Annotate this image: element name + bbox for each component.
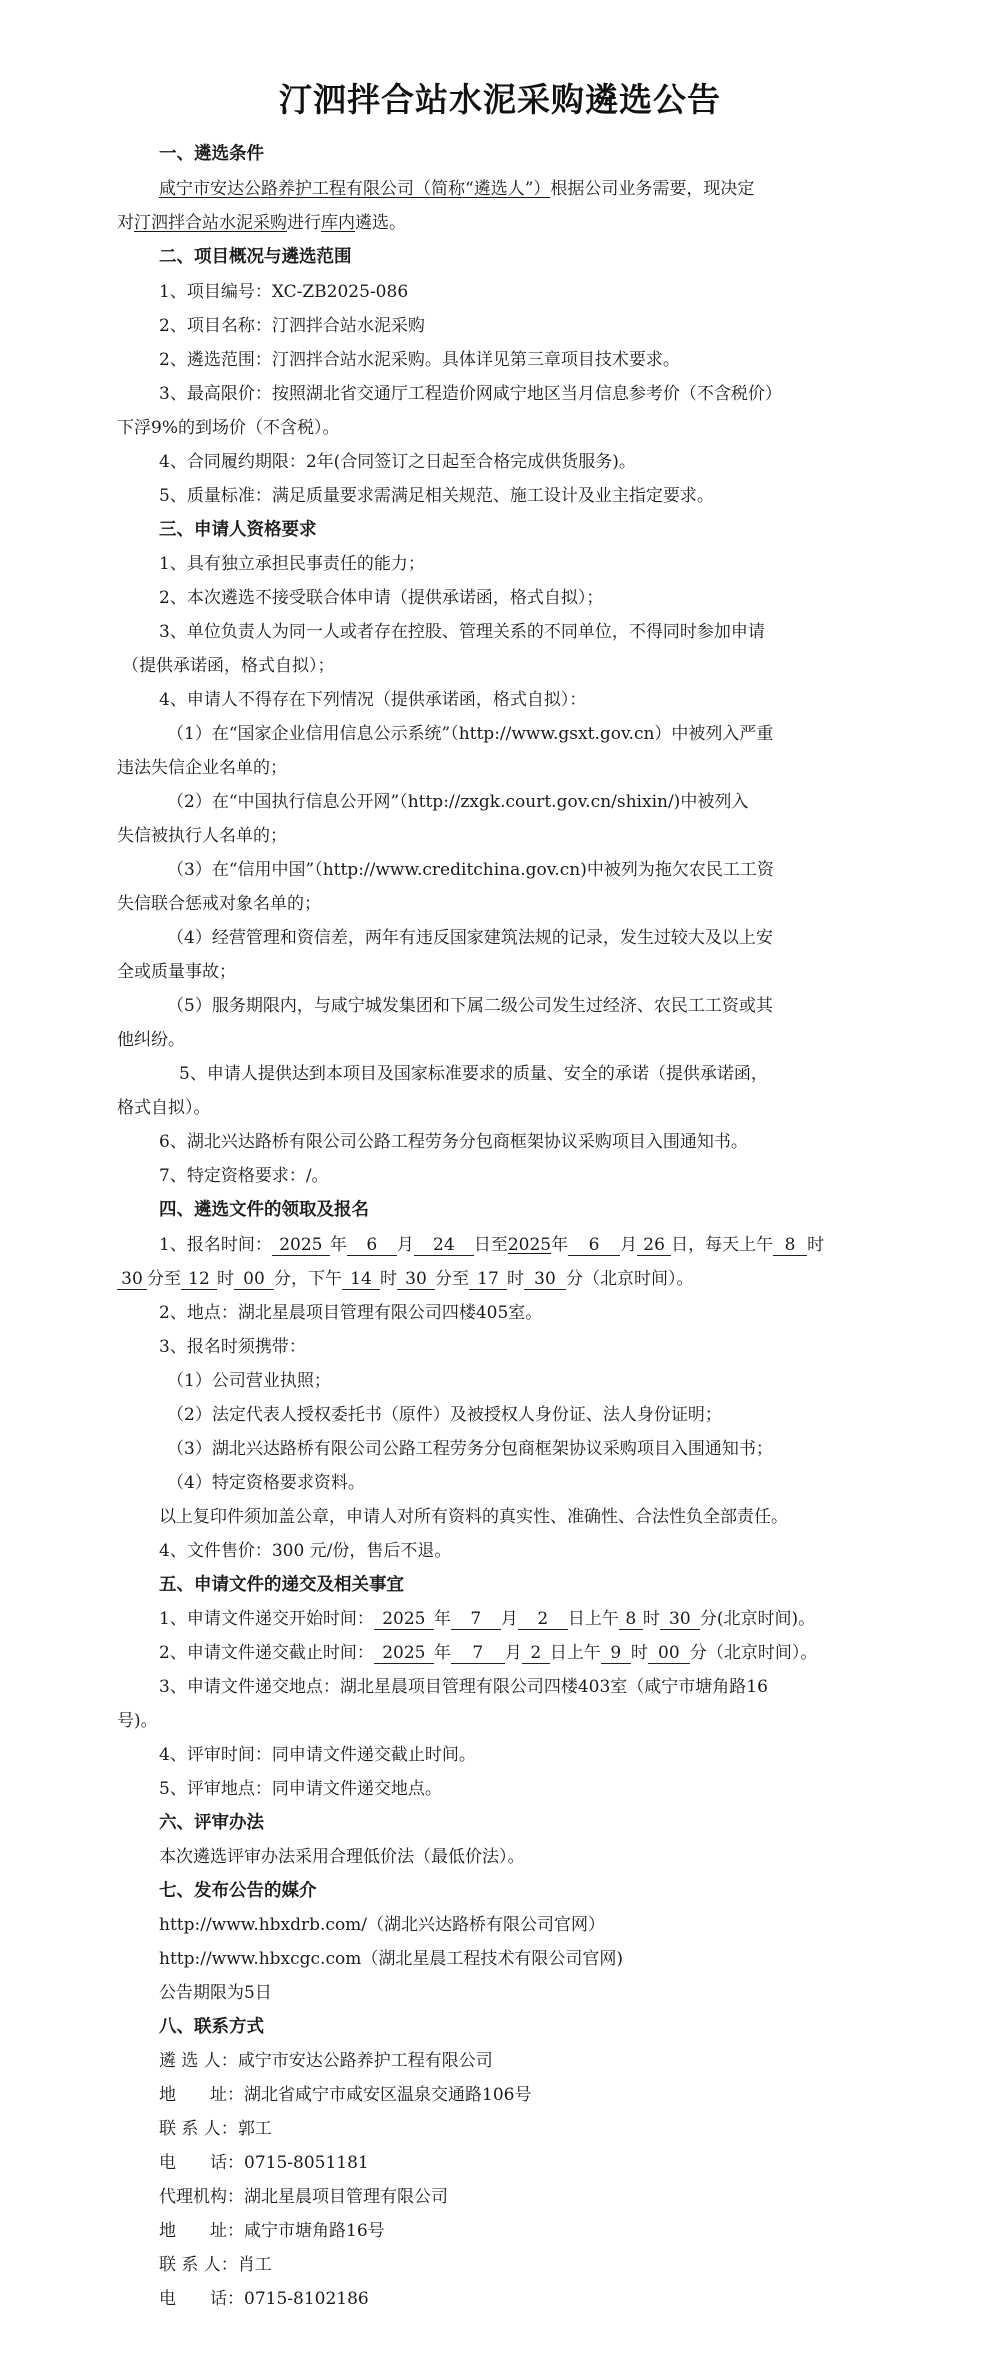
registration-time-line2: 30分至12时00分，下午14时30分至17时30分（北京时间）。 — [117, 1268, 897, 1290]
submit-start-minute: 30 — [660, 1610, 700, 1630]
deadline-month: 7 — [451, 1644, 505, 1664]
qualification-subitem-cont: 失信联合惩戒对象名单的； — [117, 893, 897, 915]
required-doc-item: （3）湖北兴达路桥有限公司公路工程劳务分包商框架协议采购项目入围通知书； — [167, 1438, 947, 1460]
contact-label: 联 系 人： — [159, 2255, 238, 2275]
label: 1、报名时间： — [159, 1235, 272, 1255]
contact-value: 湖北省咸宁市咸安区温泉交通路106号 — [244, 2085, 531, 2105]
contact-phone: 0715-8051181 — [244, 2153, 369, 2173]
qualification-item: 3、单位负责人为同一人或者存在控股、管理关系的不同单位，不得同时参加申请 — [159, 621, 939, 643]
project-number: 1、项目编号：XC-ZB2025-086 — [159, 281, 939, 303]
qualification-subitem: （5）服务期限内，与咸宁城发集团和下属二级公司发生过经济、农民工工资或其 — [167, 995, 947, 1017]
announcement-page: 汀泗拌合站水泥采购遴选公告 一、遴选条件 咸宁市安达公路养护工程有限公司（简称“… — [0, 0, 1000, 2365]
unit: 时 — [217, 1269, 234, 1289]
submission-start-time: 1、申请文件递交开始时间：2025年7月2日上午8时30分(北京时间)。 — [159, 1608, 939, 1630]
tenderer-name: 咸宁市安达公路养护工程有限公司（简称“遴选人”） — [159, 179, 550, 199]
required-docs-label: 3、报名时须携带： — [159, 1336, 939, 1358]
qualification-item: 7、特定资格要求：/。 — [159, 1165, 939, 1187]
deadline-hour: 9 — [601, 1644, 631, 1664]
qualification-item-cont: （提供承诺函，格式自拟）； — [122, 655, 902, 677]
unit: 时 — [807, 1235, 824, 1255]
copies-note: 以上复印件须加盖公章，申请人对所有资料的真实性、准确性、合法性负全部责任。 — [159, 1506, 939, 1528]
unit: 时 — [507, 1269, 524, 1289]
qualification-subitem-cont: 全或质量事故； — [117, 961, 897, 983]
unit: 时 — [631, 1643, 648, 1663]
contact-row: 电 话：0715-8102186 — [159, 2288, 939, 2310]
sec1-para-line2: 对汀泗拌合站水泥采购进行库内遴选。 — [117, 212, 897, 234]
section-8-heading: 八、联系方式 — [159, 2016, 939, 2038]
sec1-text: 进行 — [287, 213, 321, 233]
submit-start-hour: 8 — [619, 1610, 643, 1630]
unit: 分（北京时间）。 — [566, 1269, 694, 1289]
reg-end-year: 2025 — [508, 1235, 551, 1255]
contact-row: 联 系 人：郭工 — [159, 2118, 939, 2140]
qualification-subitem-cont: 他纠纷。 — [117, 1029, 897, 1051]
pm-start-minute: 30 — [397, 1270, 435, 1290]
section-7-heading: 七、发布公告的媒介 — [159, 1880, 939, 1902]
section-4-heading: 四、遴选文件的领取及报名 — [159, 1199, 939, 1221]
unit: 分至 — [435, 1269, 469, 1289]
contact-label: 地 址： — [159, 2221, 244, 2241]
contact-label: 电 话： — [159, 2153, 244, 2173]
unit: 年 — [434, 1609, 451, 1629]
selection-scope-item: 2、遴选范围：汀泗拌合站水泥采购。具体详见第三章项目技术要求。 — [159, 349, 939, 371]
required-doc-item: （1）公司营业执照； — [167, 1370, 947, 1392]
contact-row: 地 址：湖北省咸宁市咸安区温泉交通路106号 — [159, 2084, 939, 2106]
deadline-year: 2025 — [374, 1644, 434, 1664]
reg-end-month: 6 — [568, 1236, 620, 1256]
reg-start-year: 2025 — [272, 1236, 330, 1256]
qualification-subitem: （4）经营管理和资信差，两年有违反国家建筑法规的记录，发生过较大及以上安 — [167, 927, 947, 949]
qualification-subitem-cont: 违法失信企业名单的； — [117, 757, 897, 779]
am-start-minute: 30 — [117, 1270, 147, 1290]
contact-value: 肖工 — [238, 2255, 272, 2275]
sec1-text: 根据公司业务需要，现决定 — [550, 179, 754, 199]
section-3-heading: 三、申请人资格要求 — [159, 519, 939, 541]
media-link[interactable]: http://www.hbxdrb.com/（湖北兴达路桥有限公司官网） — [159, 1914, 939, 1936]
contact-row: 遴 选 人：咸宁市安达公路养护工程有限公司 — [159, 2050, 939, 2072]
unit: 年 — [330, 1235, 347, 1255]
unit: 月 — [501, 1609, 518, 1629]
contact-row: 联 系 人：肖工 — [159, 2254, 939, 2276]
section-5-heading: 五、申请文件的递交及相关事宜 — [159, 1574, 939, 1596]
submission-location: 3、申请文件递交地点：湖北星晨项目管理有限公司四楼403室（咸宁市塘角路16 — [159, 1676, 939, 1698]
pm-start-hour: 14 — [342, 1270, 380, 1290]
required-doc-item: （4）特定资格要求资料。 — [167, 1472, 947, 1494]
am-start-hour: 8 — [773, 1236, 807, 1256]
review-method: 本次遴选评审办法采用合理低价法（最低价法）。 — [159, 1846, 939, 1868]
unit: 月 — [397, 1235, 414, 1255]
contact-row: 地 址：咸宁市塘角路16号 — [159, 2220, 939, 2242]
contact-value: 咸宁市塘角路16号 — [244, 2221, 385, 2241]
unit: 分(北京时间)。 — [700, 1609, 815, 1629]
contact-row: 电 话：0715-8051181 — [159, 2152, 939, 2174]
required-doc-item: （2）法定代表人授权委托书（原件）及被授权人身份证、法人身份证明； — [167, 1404, 947, 1426]
section-1-heading: 一、遴选条件 — [159, 143, 939, 165]
sec1-text: 对 — [117, 213, 134, 233]
submission-deadline: 2、申请文件递交截止时间：2025年7月2日上午9时00分（北京时间）。 — [159, 1642, 939, 1664]
submit-start-day: 2 — [518, 1610, 568, 1630]
selection-scope: 库内 — [321, 213, 355, 233]
unit: 分至 — [147, 1269, 181, 1289]
page-title: 汀泗拌合站水泥采购遴选公告 — [0, 74, 1000, 121]
section-6-heading: 六、评审办法 — [159, 1812, 939, 1834]
unit: 日，每天上午 — [671, 1235, 773, 1255]
registration-location: 2、地点：湖北星晨项目管理有限公司四楼405室。 — [159, 1302, 939, 1324]
section-2-heading: 二、项目概况与遴选范围 — [159, 246, 939, 268]
contact-label: 电 话： — [159, 2289, 244, 2309]
project-name-item: 2、项目名称：汀泗拌合站水泥采购 — [159, 315, 939, 337]
qualification-item: 6、湖北兴达路桥有限公司公路工程劳务分包商框架协议采购项目入围通知书。 — [159, 1131, 939, 1153]
review-time: 4、评审时间：同申请文件递交截止时间。 — [159, 1744, 939, 1766]
submit-start-year: 2025 — [374, 1610, 434, 1630]
qualification-subitem: （1）在“国家企业信用信息公示系统”（http://www.gsxt.gov.c… — [167, 723, 947, 745]
unit: 月 — [620, 1235, 637, 1255]
label: 1、申请文件递交开始时间： — [159, 1609, 374, 1629]
qualification-subitem: （3）在“信用中国”（http://www.creditchina.gov.cn… — [167, 859, 947, 881]
reg-start-day: 24 — [414, 1236, 474, 1256]
qualification-item: 1、具有独立承担民事责任的能力； — [159, 553, 939, 575]
qualification-item: 5、申请人提供达到本项目及国家标准要求的质量、安全的承诺（提供承诺函， — [179, 1063, 959, 1085]
deadline-day: 2 — [522, 1644, 550, 1664]
unit: 月 — [505, 1643, 522, 1663]
submission-location-cont: 号)。 — [117, 1710, 897, 1732]
sec1-text: 遴选。 — [355, 213, 406, 233]
label: 2、申请文件递交截止时间： — [159, 1643, 374, 1663]
contact-value: 湖北星晨项目管理有限公司 — [244, 2187, 448, 2207]
notice-period: 公告期限为5日 — [159, 1982, 939, 2004]
contact-label: 联 系 人： — [159, 2119, 238, 2139]
document-price: 4、文件售价：300 元/份，售后不退。 — [159, 1540, 939, 1562]
contract-period-item: 4、合同履约期限：2年(合同签订之日起至合格完成供货服务)。 — [159, 451, 939, 473]
qualification-item: 4、申请人不得存在下列情况（提供承诺函，格式自拟）： — [159, 689, 939, 711]
registration-time-line1: 1、报名时间：2025年6月24日至2025年6月26日，每天上午8时 — [159, 1234, 939, 1256]
sec1-para-line1: 咸宁市安达公路养护工程有限公司（简称“遴选人”）根据公司业务需要，现决定 — [159, 178, 939, 200]
unit: 分，下午 — [274, 1269, 342, 1289]
unit: 日上午 — [568, 1609, 619, 1629]
am-end-hour: 12 — [181, 1270, 217, 1290]
deadline-minute: 00 — [648, 1644, 690, 1664]
max-price-item: 3、最高限价：按照湖北省交通厅工程造价网咸宁地区当月信息参考价（不含税价） — [159, 383, 939, 405]
submit-start-month: 7 — [451, 1610, 501, 1630]
pm-end-minute: 30 — [524, 1270, 566, 1290]
unit: 分（北京时间）。 — [690, 1643, 818, 1663]
contact-row: 代理机构：湖北星晨项目管理有限公司 — [159, 2186, 939, 2208]
pm-end-hour: 17 — [469, 1270, 507, 1290]
qualification-subitem: （2）在“中国执行信息公开网”（http://zxgk.court.gov.cn… — [167, 791, 947, 813]
unit: 日至 — [474, 1235, 508, 1255]
media-link[interactable]: http://www.hbxcgc.com（湖北星晨工程技术有限公司官网) — [159, 1948, 939, 1970]
unit: 日上午 — [550, 1643, 601, 1663]
qualification-subitem-cont: 失信被执行人名单的； — [117, 825, 897, 847]
qualification-item: 2、本次遴选不接受联合体申请（提供承诺函，格式自拟）； — [159, 587, 939, 609]
unit: 时 — [643, 1609, 660, 1629]
am-end-minute: 00 — [234, 1270, 274, 1290]
max-price-item-cont: 下浮9%的到场价（不含税）。 — [117, 417, 897, 439]
reg-start-month: 6 — [347, 1236, 397, 1256]
contact-label: 代理机构： — [159, 2187, 244, 2207]
qualification-item-cont: 格式自拟）。 — [117, 1097, 897, 1119]
contact-phone: 0715-8102186 — [244, 2289, 369, 2309]
unit: 年 — [551, 1235, 568, 1255]
contact-value: 咸宁市安达公路养护工程有限公司 — [238, 2051, 493, 2071]
contact-label: 遴 选 人： — [159, 2051, 238, 2071]
review-location: 5、评审地点：同申请文件递交地点。 — [159, 1778, 939, 1800]
reg-end-day: 26 — [637, 1236, 671, 1256]
contact-label: 地 址： — [159, 2085, 244, 2105]
unit: 时 — [380, 1269, 397, 1289]
quality-standard-item: 5、质量标准：满足质量要求需满足相关规范、施工设计及业主指定要求。 — [159, 485, 939, 507]
project-name: 汀泗拌合站水泥采购 — [134, 213, 287, 233]
unit: 年 — [434, 1643, 451, 1663]
contact-value: 郭工 — [238, 2119, 272, 2139]
